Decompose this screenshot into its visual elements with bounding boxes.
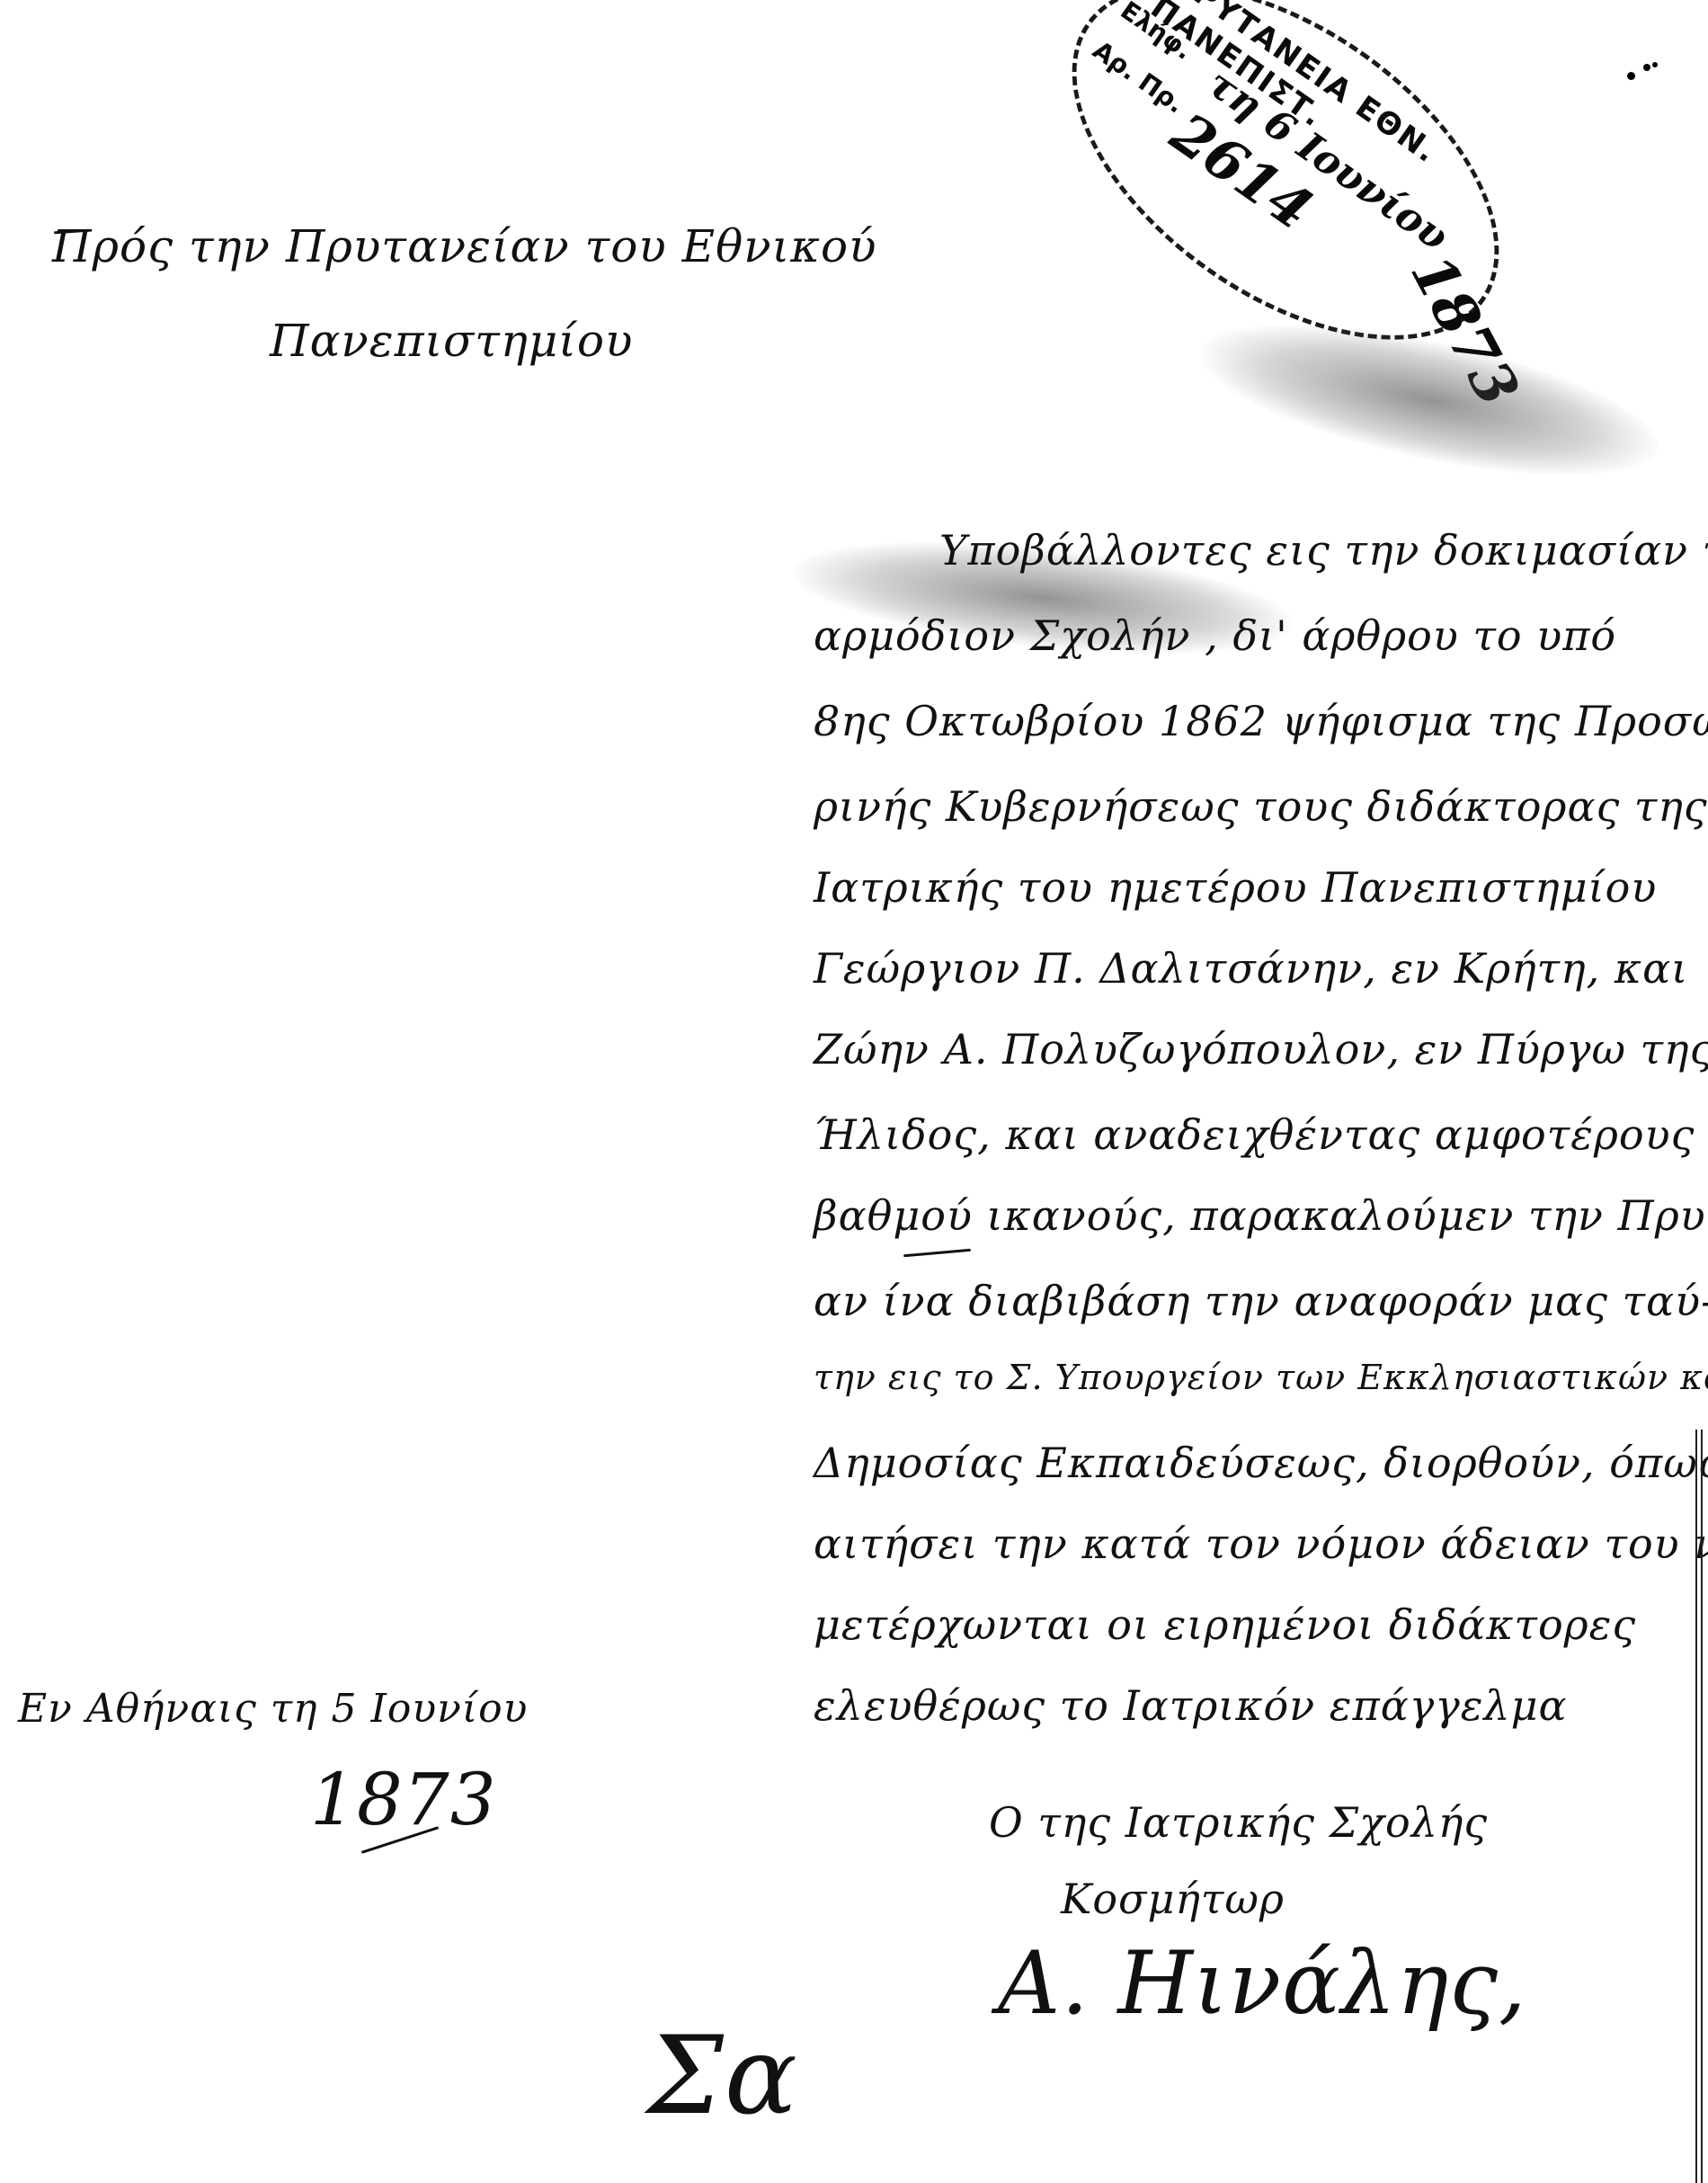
body-line: αρμόδιον Σχολήν , δι' άρθρου το υπό [814, 611, 1616, 660]
body-line: Ήλιδος, και αναδειχθέντας αμφοτέρους του [814, 1110, 1708, 1159]
place-date-line: Εν Αθήναις τη 5 Ιουνίου [18, 1686, 528, 1732]
signature: Α. Ηινάλης, [998, 1933, 1527, 2034]
body-line: αιτήσει την κατά τον νόμον άδειαν του να [814, 1519, 1708, 1568]
body-line: Γεώργιον Π. Δαλιτσάνην, εν Κρήτη, και [814, 944, 1688, 993]
body-line: Ζώην Α. Πολυζωγόπουλον, εν Πύργω της [814, 1025, 1708, 1074]
body-line: βαθμού ικανούς, παρακαλούμεν την Πρυτανε… [814, 1191, 1708, 1240]
body-line: Ιατρικής του ημετέρου Πανεπιστημίου [814, 863, 1657, 912]
place-date-year: 1873 [310, 1758, 497, 1841]
body-line: Δημοσίας Εκπαιδεύσεως, διορθούν, όπως [814, 1439, 1708, 1487]
page-edge-line [1695, 1430, 1697, 2183]
ink-dot [1627, 72, 1635, 80]
body-line: ελευθέρως το Ιατρικόν επάγγελμα [814, 1681, 1568, 1730]
body-line: ρινής Κυβερνήσεως τους διδάκτορας της [814, 782, 1708, 831]
closing-title: Ο της Ιατρικής Σχολής [989, 1798, 1488, 1847]
ink-dot [1643, 64, 1650, 71]
document-page: Πρός την Πρυτανείαν του Εθνικού Πανεπιστ… [0, 0, 1708, 2183]
body-line: την εις το Σ. Υπουργείον των Εκκλησιαστι… [814, 1358, 1708, 1397]
body-line: Υποβάλλοντες εις την δοκιμασίαν την [939, 526, 1708, 575]
closing-role: Κοσμήτωρ [1061, 1875, 1285, 1923]
body-line: 8ης Οκτωβρίου 1862 ψήφισμα της Προσω- [814, 697, 1708, 745]
body-line: μετέρχωνται οι ειρημένοι διδάκτορες [814, 1600, 1636, 1649]
body-line: αν ίνα διαβιβάση την αναφοράν μας ταύ- [814, 1277, 1708, 1325]
addressee-line-2: Πανεπιστημίου [270, 315, 633, 367]
page-edge-line [1701, 1430, 1703, 2183]
initial-mark: Σα [647, 2014, 798, 2139]
word-underline [903, 1249, 971, 1258]
addressee-line-1: Πρός την Πρυτανείαν του Εθνικού [52, 220, 877, 272]
ink-dot [1652, 62, 1658, 67]
